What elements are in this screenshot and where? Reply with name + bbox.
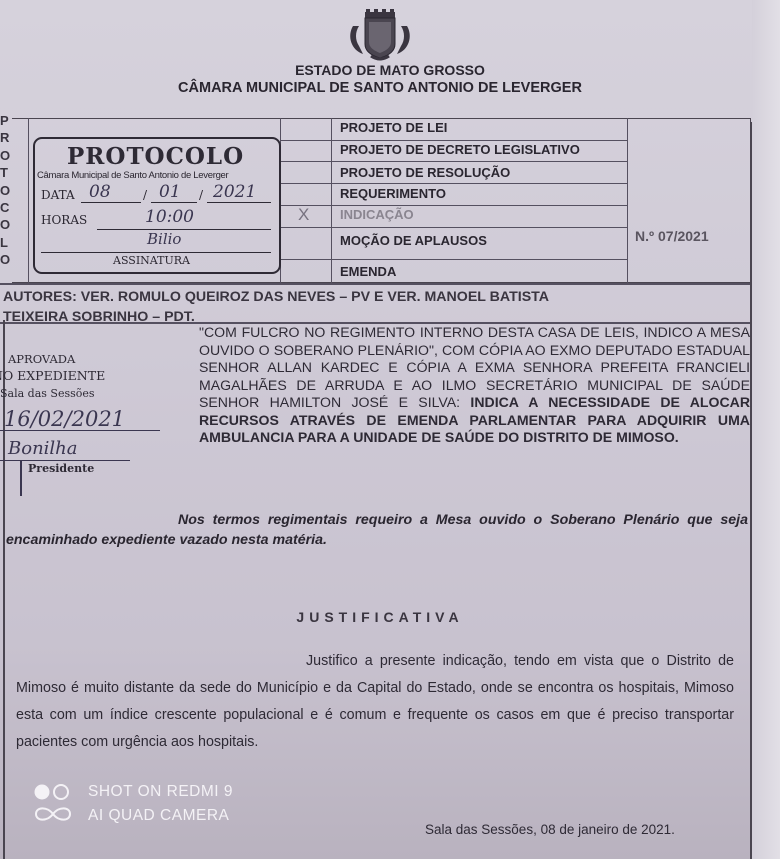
page-border-left: [3, 320, 5, 859]
check-mark-indicacao: X: [298, 205, 309, 225]
signature-underline: [41, 252, 271, 253]
stamp-hours-value: 10:00: [145, 207, 194, 227]
date-separator: /: [199, 188, 203, 202]
document-number: N.º 07/2021: [635, 228, 709, 244]
watermark-line-2: AI QUAD CAMERA: [88, 807, 229, 825]
watermark-line-1: SHOT ON REDMI 9: [88, 783, 233, 801]
closing-date: Sala das Sessões, 08 de janeiro de 2021.: [425, 822, 675, 837]
date-underline: [207, 202, 271, 203]
header-chamber: CÂMARA MUNICIPAL DE SANTO ANTONIO DE LEV…: [0, 80, 760, 96]
stamp-signature-label: ASSINATURA: [113, 254, 190, 267]
header-state: ESTADO DE MATO GROSSO: [0, 62, 780, 78]
approval-line-3: Sala das Sessões: [0, 387, 95, 400]
table-row-line: [280, 227, 628, 228]
stamp-hours-label: HORAS: [41, 213, 87, 227]
table-row-line: [280, 259, 628, 260]
background-edge: [752, 0, 780, 859]
stamp-date-month: 01: [159, 182, 181, 202]
date-underline: [0, 430, 160, 431]
approval-signature: Bonilha: [8, 438, 78, 459]
coat-of-arms-icon: [345, 6, 415, 62]
stamp-date-day: 08: [89, 182, 111, 202]
page-border-right: [750, 122, 752, 859]
table-row-line: [280, 140, 628, 141]
document-type-0: PROJETO DE LEI: [340, 120, 447, 135]
authors: AUTORES: VER. ROMULO QUEIROZ DAS NEVES –…: [3, 287, 549, 327]
table-divider: [28, 118, 29, 283]
table-row-line: [280, 183, 628, 184]
document-type-3: REQUERIMENTO: [340, 186, 446, 201]
date-separator: /: [143, 188, 147, 202]
document-type-5: MOÇÃO DE APLAUSOS: [340, 233, 487, 248]
stamp-title: PROTOCOLO: [67, 143, 244, 170]
table-row-line: [280, 161, 628, 162]
stamp-subtitle: Câmara Municipal de Santo Antonio de Lev…: [37, 170, 228, 181]
request-paragraph: Nos termos regimentais requeiro a Mesa o…: [6, 510, 748, 550]
indication-body: "COM FULCRO NO REGIMENTO INTERNO DESTA C…: [199, 324, 750, 447]
date-underline: [151, 202, 197, 203]
stamp-date-label: DATA: [41, 188, 75, 202]
stamp-date-year: 2021: [213, 182, 256, 202]
approval-line-1: APROVADA: [8, 352, 75, 366]
table-row-line: [280, 205, 628, 206]
stamp-mark: [20, 460, 22, 496]
justification-text: Justifico a presente indicação, tendo em…: [16, 648, 734, 756]
table-bottom-line: [0, 283, 752, 285]
document-type-6: EMENDA: [340, 264, 396, 279]
dual-circle-icon: [33, 783, 73, 801]
approval-line-2: NO EXPEDIENTE: [0, 368, 105, 383]
hours-underline: [97, 229, 271, 230]
date-underline: [81, 202, 141, 203]
infinity-icon: [33, 805, 73, 823]
document-type-4: INDICAÇÃO: [340, 207, 414, 222]
protocol-stamp: PROTOCOLO Câmara Municipal de Santo Anto…: [33, 137, 281, 274]
document-type-2: PROJETO DE RESOLUÇÃO: [340, 165, 510, 180]
stamp-signature: Bilio: [147, 230, 181, 248]
approval-date: 16/02/2021: [4, 407, 125, 431]
authors-line-1: AUTORES: VER. ROMULO QUEIROZ DAS NEVES –…: [3, 287, 549, 307]
justification-title: JUSTIFICATIVA: [0, 609, 760, 625]
document-type-1: PROJETO DE DECRETO LEGISLATIVO: [340, 142, 580, 157]
approval-role: Presidente: [28, 462, 94, 475]
